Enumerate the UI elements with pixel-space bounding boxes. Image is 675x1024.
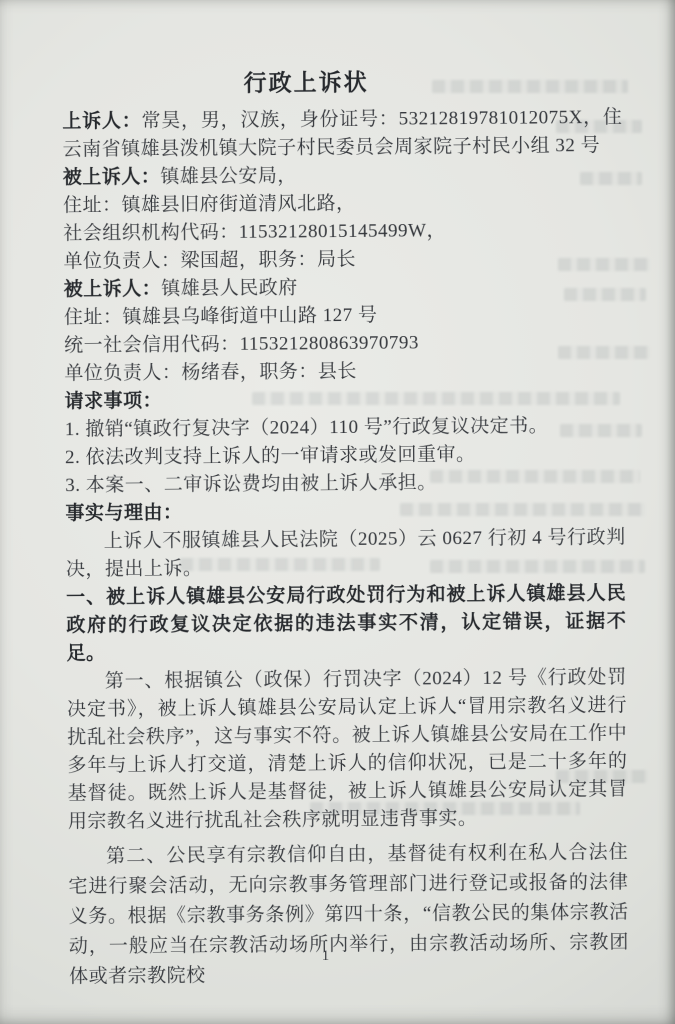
appellant-text: 常昊，男，汉族，身份证号：53212819781012075X，住云南省镇雄县泼… [63,107,623,160]
facts-heading: 事实与理由： [65,496,625,528]
respondent2-head: 单位负责人：杨绪春，职务：县长 [64,356,624,388]
appellant-label: 上诉人： [62,111,141,133]
respondent2-address: 住址：镇雄县乌峰街道中山路 127 号 [64,300,624,332]
respondent2-name: 镇雄县人民政府 [161,277,298,299]
facts-paragraph-2: 第二、公民享有宗教信仰自由，基督徒有权利在私人合法住宅进行聚会活动，无向宗教事务… [68,838,629,992]
claim-item-3: 3. 本案一、二审诉讼费均由被上诉人承担。 [65,468,625,500]
document-photo: 行政上诉状 上诉人：常昊，男，汉族，身份证号：53212819781012075… [0,0,675,1024]
respondent1-head: 单位负责人：梁国超，职务：局长 [63,244,623,276]
claim-item-2: 2. 依法改判支持上诉人的一审请求或发回重审。 [65,440,625,472]
document-content: 行政上诉状 上诉人：常昊，男，汉族，身份证号：53212819781012075… [62,68,629,992]
respondent1-name: 镇雄县公安局， [160,165,297,187]
claim-item-1: 1. 撤销“镇政行复决字（2024）110 号”行政复议决定书。 [65,412,625,444]
respondent2-line: 被上诉人：镇雄县人民政府 [64,272,624,304]
appellant-line: 上诉人：常昊，男，汉族，身份证号：53212819781012075X，住云南省… [62,104,622,164]
claims-heading: 请求事项： [64,384,624,416]
respondent1-address: 住址：镇雄县旧府街道清风北路， [63,188,623,220]
page-number: 1 [0,948,663,965]
facts-intro: 上诉人不服镇雄县人民法院（2025）云 0627 行初 4 号行政判决，提出上诉… [66,524,626,584]
respondent1-label: 被上诉人： [63,166,161,188]
respondent1-line: 被上诉人：镇雄县公安局， [63,160,623,192]
respondent2-label: 被上诉人： [64,278,162,300]
document-title: 行政上诉状 [26,68,586,98]
respondent1-org-code: 社会组织机构代码：11532128015145499W， [63,216,623,248]
facts-paragraph-1: 第一、根据镇公（政保）行罚决字（2024）12 号《行政处罚决定书》，被上诉人镇… [67,664,628,836]
facts-section1-heading: 一、被上诉人镇雄县公安局行政处罚行为和被上诉人镇雄县人民政府的行政复议决定依据的… [66,580,627,668]
respondent2-credit-code: 统一社会信用代码：115321280863970793 [64,328,624,360]
